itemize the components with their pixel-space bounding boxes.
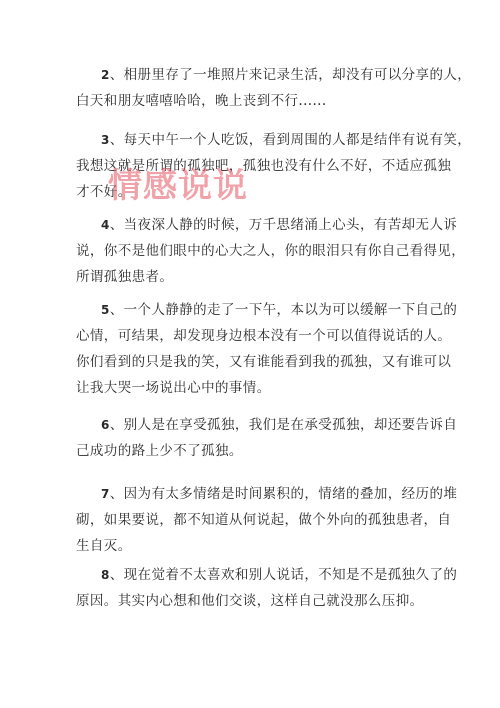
paragraph-line: 生自灭。 [76, 533, 428, 559]
paragraph-line: 让我大哭一场说出心中的事情。 [76, 375, 428, 401]
paragraph-4: 4、当夜深人静的时候，万千思绪涌上心头，有苦却无人诉 说，你不是他们眼中的心大之… [76, 212, 428, 290]
paragraph-line: 3、每天中午一个人吃饭，看到周围的人都是结伴有说有笑， [76, 127, 428, 153]
paragraph-7: 7、因为有太多情绪是时间累积的，情绪的叠加，经历的堆 砌，如果要说，都不知道从何… [76, 481, 428, 559]
paragraph-8: 8、现在觉着不太喜欢和别人说话，不知是不是孤独久了的 原因。其实内心想和他们交谈… [76, 562, 428, 614]
paragraph-number: 5 [101, 303, 110, 317]
paragraph-line: 你们看到的只是我的笑，又有谁能看到我的孤独，又有谁可以 [76, 349, 428, 375]
paragraph-line: 说，你不是他们眼中的心大之人，你的眼泪只有你自己看得见， [76, 238, 428, 264]
paragraph-5: 5、一个人静静的走了一下午，本以为可以缓解一下自己的 心情，可结果，却发现身边根… [76, 297, 428, 401]
paragraph-2: 2、相册里存了一堆照片来记录生活，却没有可以分享的人， 白天和朋友嘻嘻哈哈，晚上… [76, 62, 428, 114]
paragraph-line: 白天和朋友嘻嘻哈哈，晚上丧到不行...... [76, 88, 428, 114]
paragraph-number: 3 [101, 133, 110, 147]
paragraph-line: 己成功的路上少不了孤独。 [76, 438, 428, 464]
paragraph-line: 所谓孤独患者。 [76, 264, 428, 290]
paragraph-number: 7 [101, 487, 110, 501]
paragraph-line: 心情，可结果，却发现身边根本没有一个可以值得说话的人。 [76, 323, 428, 349]
paragraph-line: 4、当夜深人静的时候，万千思绪涌上心头，有苦却无人诉 [76, 212, 428, 238]
paragraph-line: 2、相册里存了一堆照片来记录生活，却没有可以分享的人， [76, 62, 428, 88]
paragraph-number: 4 [101, 218, 110, 232]
paragraph-line: 6、别人是在享受孤独，我们是在承受孤独，却还要告诉自 [76, 412, 428, 438]
paragraph-line: 原因。其实内心想和他们交谈，这样自己就没那么压抑。 [76, 588, 428, 614]
watermark: 情感说说 [108, 166, 248, 206]
document-page: 2、相册里存了一堆照片来记录生活，却没有可以分享的人， 白天和朋友嘻嘻哈哈，晚上… [0, 0, 500, 708]
paragraph-number: 6 [101, 418, 110, 432]
paragraph-line: 7、因为有太多情绪是时间累积的，情绪的叠加，经历的堆 [76, 481, 428, 507]
paragraph-number: 8 [101, 568, 110, 582]
paragraph-line: 砌，如果要说，都不知道从何说起，做个外向的孤独患者，自 [76, 507, 428, 533]
paragraph-line: 8、现在觉着不太喜欢和别人说话，不知是不是孤独久了的 [76, 562, 428, 588]
paragraph-line: 5、一个人静静的走了一下午，本以为可以缓解一下自己的 [76, 297, 428, 323]
paragraph-6: 6、别人是在享受孤独，我们是在承受孤独，却还要告诉自 己成功的路上少不了孤独。 [76, 412, 428, 464]
paragraph-number: 2 [101, 68, 110, 82]
